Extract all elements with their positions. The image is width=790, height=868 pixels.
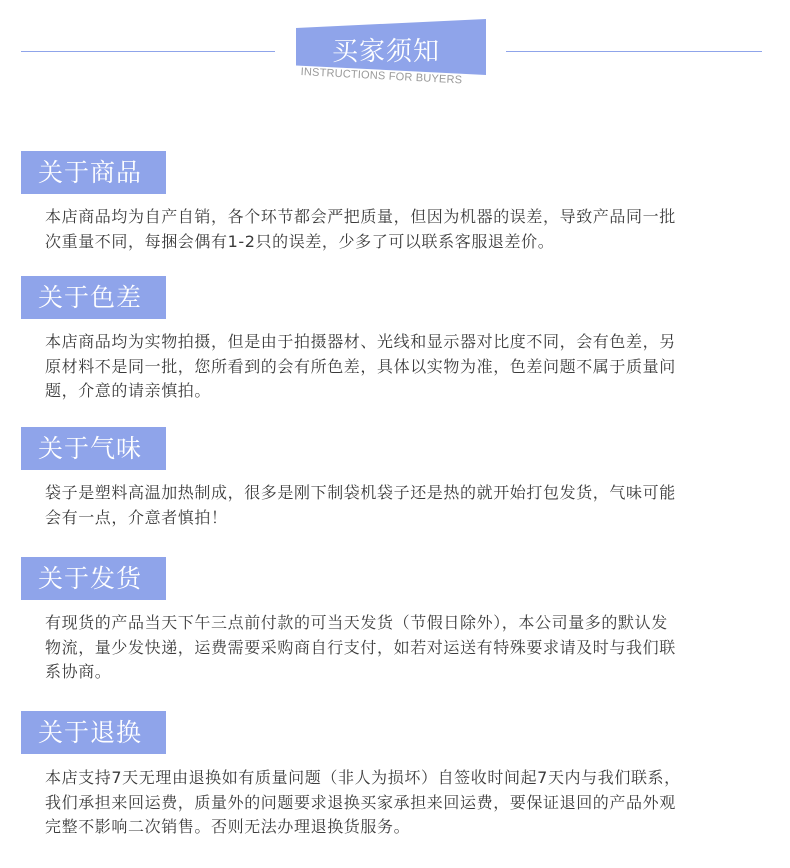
header-divider-right xyxy=(506,51,762,52)
section-label: 关于退换 xyxy=(21,711,166,754)
body-line: 有现货的产品当天下午三点前付款的可当天发货（节假日除外），本公司量多的默认发 xyxy=(45,611,765,636)
section-label: 关于商品 xyxy=(21,151,166,194)
body-line: 我们承担来回运费，质量外的问题要求退换买家承担来回运费，要保证退回的产品外观 xyxy=(45,791,765,816)
section-label: 关于发货 xyxy=(21,557,166,600)
section-body: 本店支持7天无理由退换如有质量问题（非人为损坏）自签收时间起7天内与我们联系， … xyxy=(45,766,765,840)
body-line: 会有一点，介意者慎拍！ xyxy=(45,506,765,531)
body-line: 本店支持7天无理由退换如有质量问题（非人为损坏）自签收时间起7天内与我们联系， xyxy=(45,766,765,791)
body-line: 原材料不是同一批，您所看到的会有所色差，具体以实物为准，色差问题不属于质量问 xyxy=(45,355,765,380)
body-line: 次重量不同，每捆会偶有1-2只的误差，少多了可以联系客服退差价。 xyxy=(45,230,765,255)
body-line: 袋子是塑料高温加热制成，很多是刚下制袋机袋子还是热的就开始打包发货，气味可能 xyxy=(45,481,765,506)
section-body: 袋子是塑料高温加热制成，很多是刚下制袋机袋子还是热的就开始打包发货，气味可能 会… xyxy=(45,481,765,530)
section-label: 关于色差 xyxy=(21,276,166,319)
body-line: 本店商品均为自产自销，各个环节都会严把质量，但因为机器的误差，导致产品同一批 xyxy=(45,205,765,230)
body-line: 题，介意的请亲慎拍。 xyxy=(45,379,765,404)
body-line: 本店商品均为实物拍摄，但是由于拍摄器材、光线和显示器对比度不同，会有色差，另 xyxy=(45,330,765,355)
section-body: 有现货的产品当天下午三点前付款的可当天发货（节假日除外），本公司量多的默认发 物… xyxy=(45,611,765,685)
body-line: 系协商。 xyxy=(45,660,765,685)
body-line: 完整不影响二次销售。否则无法办理退换货服务。 xyxy=(45,815,765,840)
section-body: 本店商品均为实物拍摄，但是由于拍摄器材、光线和显示器对比度不同，会有色差，另 原… xyxy=(45,330,765,404)
section-label: 关于气味 xyxy=(21,427,166,470)
header-divider-left xyxy=(21,51,275,52)
section-body: 本店商品均为自产自销，各个环节都会严把质量，但因为机器的误差，导致产品同一批 次… xyxy=(45,205,765,254)
body-line: 物流，量少发快递，运费需要采购商自行支付，如若对运送有特殊要求请及时与我们联 xyxy=(45,636,765,661)
page-title: 买家须知 xyxy=(332,31,440,68)
